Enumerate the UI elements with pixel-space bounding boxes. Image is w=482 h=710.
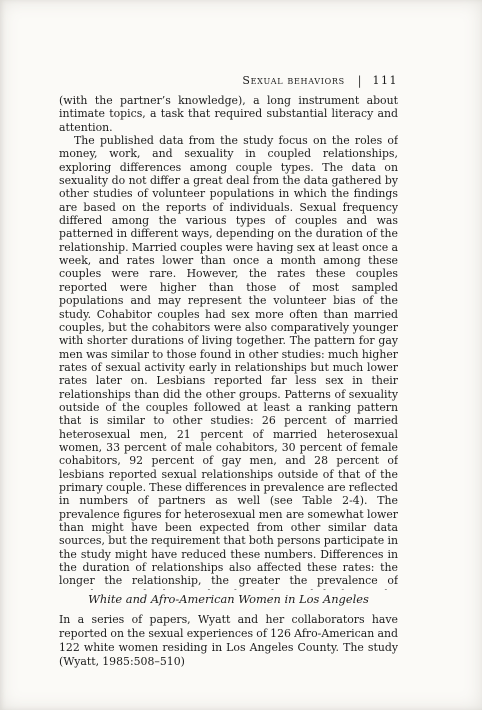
page-number: 111 xyxy=(373,74,399,87)
running-header: Sexual behaviors|111 xyxy=(59,74,398,88)
section-paragraph: In a series of papers, Wyatt and her col… xyxy=(59,613,398,669)
closing-text-block: In a series of papers, Wyatt and her col… xyxy=(59,613,398,669)
section-heading: White and Afro-American Women in Los Ang… xyxy=(59,592,398,606)
book-page: Sexual behaviors|111 (with the partner’s… xyxy=(0,0,482,710)
main-paragraph: The published data from the study focus … xyxy=(59,134,398,590)
header-separator: | xyxy=(358,73,362,88)
body-text-block: (with the partner’s knowledge), a long i… xyxy=(59,94,398,590)
running-title: Sexual behaviors xyxy=(242,74,344,87)
opening-paragraph: (with the partner’s knowledge), a long i… xyxy=(59,94,398,134)
